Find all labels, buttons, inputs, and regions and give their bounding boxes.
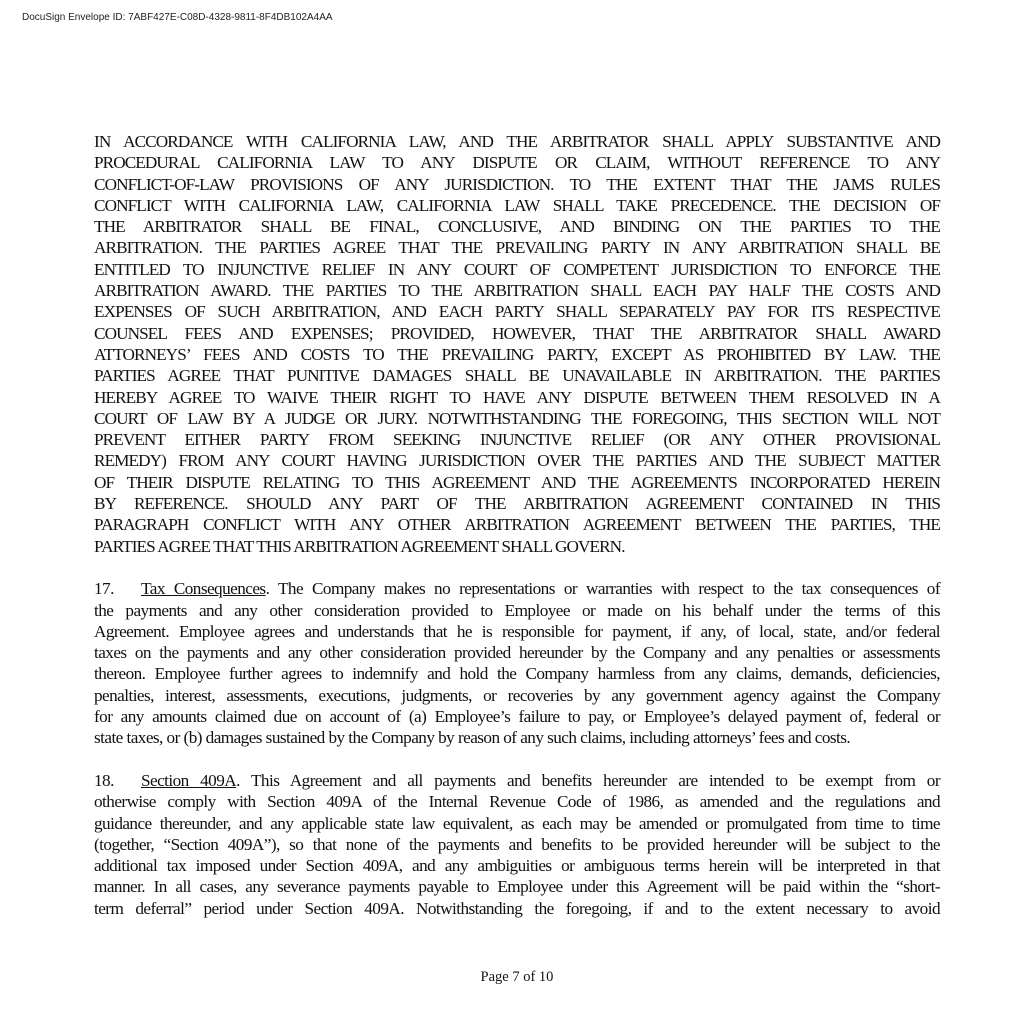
text-line: state taxes, or (b) damages sustained by…	[94, 727, 940, 748]
text-line: COUNSEL FEES AND EXPENSES; PROVIDED, HOW…	[94, 323, 940, 344]
text-line: the payments and any other consideration…	[94, 600, 940, 621]
section-17-tax-consequences: 17.Tax Consequences. The Company makes n…	[94, 578, 940, 748]
text-line: penalties, interest, assessments, execut…	[94, 685, 940, 706]
text-line: HEREBY AGREE TO WAIVE THEIR RIGHT TO HAV…	[94, 387, 940, 408]
section-number: 17.	[94, 578, 141, 599]
text-line: ATTORNEYS’ FEES AND COSTS TO THE PREVAIL…	[94, 344, 940, 365]
text-line: Agreement. Employee agrees and understan…	[94, 621, 940, 642]
section-text: . This Agreement and all payments and be…	[236, 771, 940, 790]
section-number: 18.	[94, 770, 141, 791]
document-body: IN ACCORDANCE WITH CALIFORNIA LAW, AND T…	[94, 131, 940, 919]
section-text: . The Company makes no representations o…	[266, 579, 940, 598]
text-line: term deferral” period under Section 409A…	[94, 898, 940, 919]
text-line: additional tax imposed under Section 409…	[94, 855, 940, 876]
section-heading-line: 17.Tax Consequences. The Company makes n…	[94, 578, 940, 599]
section-title: Section 409A	[141, 771, 236, 790]
text-line: BY REFERENCE. SHOULD ANY PART OF THE ARB…	[94, 493, 940, 514]
text-line: (together, “Section 409A”), so that none…	[94, 834, 940, 855]
text-line: PARAGRAPH CONFLICT WITH ANY OTHER ARBITR…	[94, 514, 940, 535]
text-line: taxes on the payments and any other cons…	[94, 642, 940, 663]
text-line: CONFLICT WITH CALIFORNIA LAW, CALIFORNIA…	[94, 195, 940, 216]
arbitration-paragraph: IN ACCORDANCE WITH CALIFORNIA LAW, AND T…	[94, 131, 940, 557]
text-line: PREVENT EITHER PARTY FROM SEEKING INJUNC…	[94, 429, 940, 450]
text-line: COURT OF LAW BY A JUDGE OR JURY. NOTWITH…	[94, 408, 940, 429]
text-line: THE ARBITRATOR SHALL BE FINAL, CONCLUSIV…	[94, 216, 940, 237]
text-line: ARBITRATION. THE PARTIES AGREE THAT THE …	[94, 237, 940, 258]
text-line: PARTIES AGREE THAT PUNITIVE DAMAGES SHAL…	[94, 365, 940, 386]
text-line: otherwise comply with Section 409A of th…	[94, 791, 940, 812]
text-line: REMEDY) FROM ANY COURT HAVING JURISDICTI…	[94, 450, 940, 471]
text-line: thereon. Employee further agrees to inde…	[94, 663, 940, 684]
text-line: manner. In all cases, any severance paym…	[94, 876, 940, 897]
text-line: guidance thereunder, and any applicable …	[94, 813, 940, 834]
section-18-section-409a: 18.Section 409A. This Agreement and all …	[94, 770, 940, 919]
text-line: ENTITLED TO INJUNCTIVE RELIEF IN ANY COU…	[94, 259, 940, 280]
page-number: Page 7 of 10	[0, 969, 1034, 986]
section-title: Tax Consequences	[141, 579, 266, 598]
text-line: PROCEDURAL CALIFORNIA LAW TO ANY DISPUTE…	[94, 152, 940, 173]
text-line: EXPENSES OF SUCH ARBITRATION, AND EACH P…	[94, 301, 940, 322]
docusign-envelope-id: DocuSign Envelope ID: 7ABF427E-C08D-4328…	[22, 12, 333, 23]
text-line: ARBITRATION AWARD. THE PARTIES TO THE AR…	[94, 280, 940, 301]
text-line: IN ACCORDANCE WITH CALIFORNIA LAW, AND T…	[94, 131, 940, 152]
text-line: OF THEIR DISPUTE RELATING TO THIS AGREEM…	[94, 472, 940, 493]
text-line: PARTIES AGREE THAT THIS ARBITRATION AGRE…	[94, 536, 940, 557]
text-line: CONFLICT-OF-LAW PROVISIONS OF ANY JURISD…	[94, 174, 940, 195]
section-heading-line: 18.Section 409A. This Agreement and all …	[94, 770, 940, 791]
text-line: for any amounts claimed due on account o…	[94, 706, 940, 727]
